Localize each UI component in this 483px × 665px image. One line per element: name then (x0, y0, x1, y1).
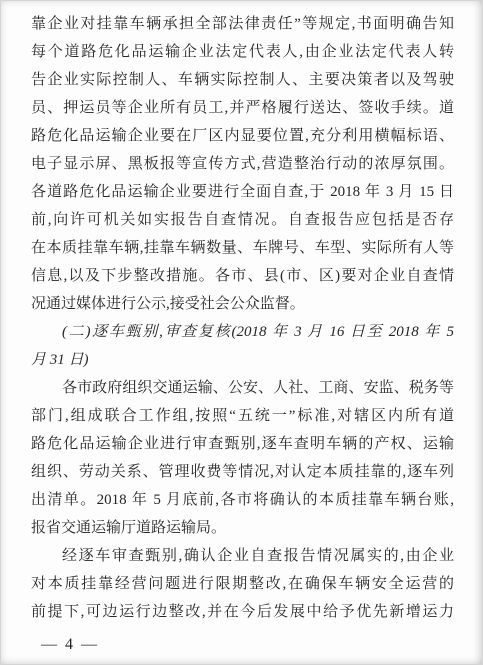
text-line: 况通过媒体进行公示,接受社会公众监督。 (31, 290, 454, 318)
text-line: 电子显示屏、黑板报等宣传方式,营造整治行动的浓厚氛围。 (31, 150, 454, 178)
text-line: 每个道路危化品运输企业法定代表人,由企业法定代表人转 (31, 38, 454, 66)
text-line: 告企业实际控制人、车辆实际控制人、主要决策者以及驾驶 (31, 66, 454, 94)
text-line: 各市政府组织交通运输、公安、人社、工商、安监、税务等 (31, 374, 454, 402)
section-heading-line: 月 31 日) (31, 346, 454, 374)
text-line: 路危化品运输企业进行审查甄别,逐车查明车辆的产权、运输 (31, 430, 454, 458)
text-line: 信息,以及下步整改措施。各市、县(市、区)要对企业自查情 (31, 262, 454, 290)
document-page: 靠企业对挂靠车辆承担全部法律责任”等规定,书面明确告知 每个道路危化品运输企业法… (0, 0, 483, 665)
text-line: 前,向许可机关如实报告自查情况。自查报告应包括是否存 (31, 206, 454, 234)
text-line: 员、押运员等企业所有员工,并严格履行送达、签收手续。道 (31, 94, 454, 122)
page-number: — 4 — (41, 636, 99, 654)
text-line: 在本质挂靠车辆,挂靠车辆数量、车牌号、车型、实际所有人等 (31, 234, 454, 262)
text-line: 对本质挂靠经营问题进行限期整改,在确保车辆安全运营的 (31, 570, 454, 598)
text-line: 部门,组成联合工作组,按照“五统一”标准,对辖区内所有道 (31, 402, 454, 430)
text-line: 路危化品运输企业要在厂区内显要位置,充分利用横幅标语、 (31, 122, 454, 150)
text-line: 各道路危化品运输企业要进行全面自查,于 2018 年 3 月 15 日 (31, 178, 454, 206)
text-line: 组织、劳动关系、管理收费等情况,对认定本质挂靠的,逐车列 (31, 458, 454, 486)
section-heading-line: (二)逐车甄别,审查复核(2018 年 3 月 16 日至 2018 年 5 (31, 318, 454, 346)
text-line: 前提下,可边运行边整改,并在今后发展中给予优先新增运力 (31, 598, 454, 626)
text-line: 经逐车审查甄别,确认企业自查报告情况属实的,由企业 (31, 542, 454, 570)
text-line: 出清单。2018 年 5 月底前,各市将确认的本质挂靠车辆台账, (31, 486, 454, 514)
document-body: 靠企业对挂靠车辆承担全部法律责任”等规定,书面明确告知 每个道路危化品运输企业法… (31, 10, 454, 626)
text-line: 靠企业对挂靠车辆承担全部法律责任”等规定,书面明确告知 (31, 10, 454, 38)
text-line: 报省交通运输厅道路运输局。 (31, 514, 454, 542)
